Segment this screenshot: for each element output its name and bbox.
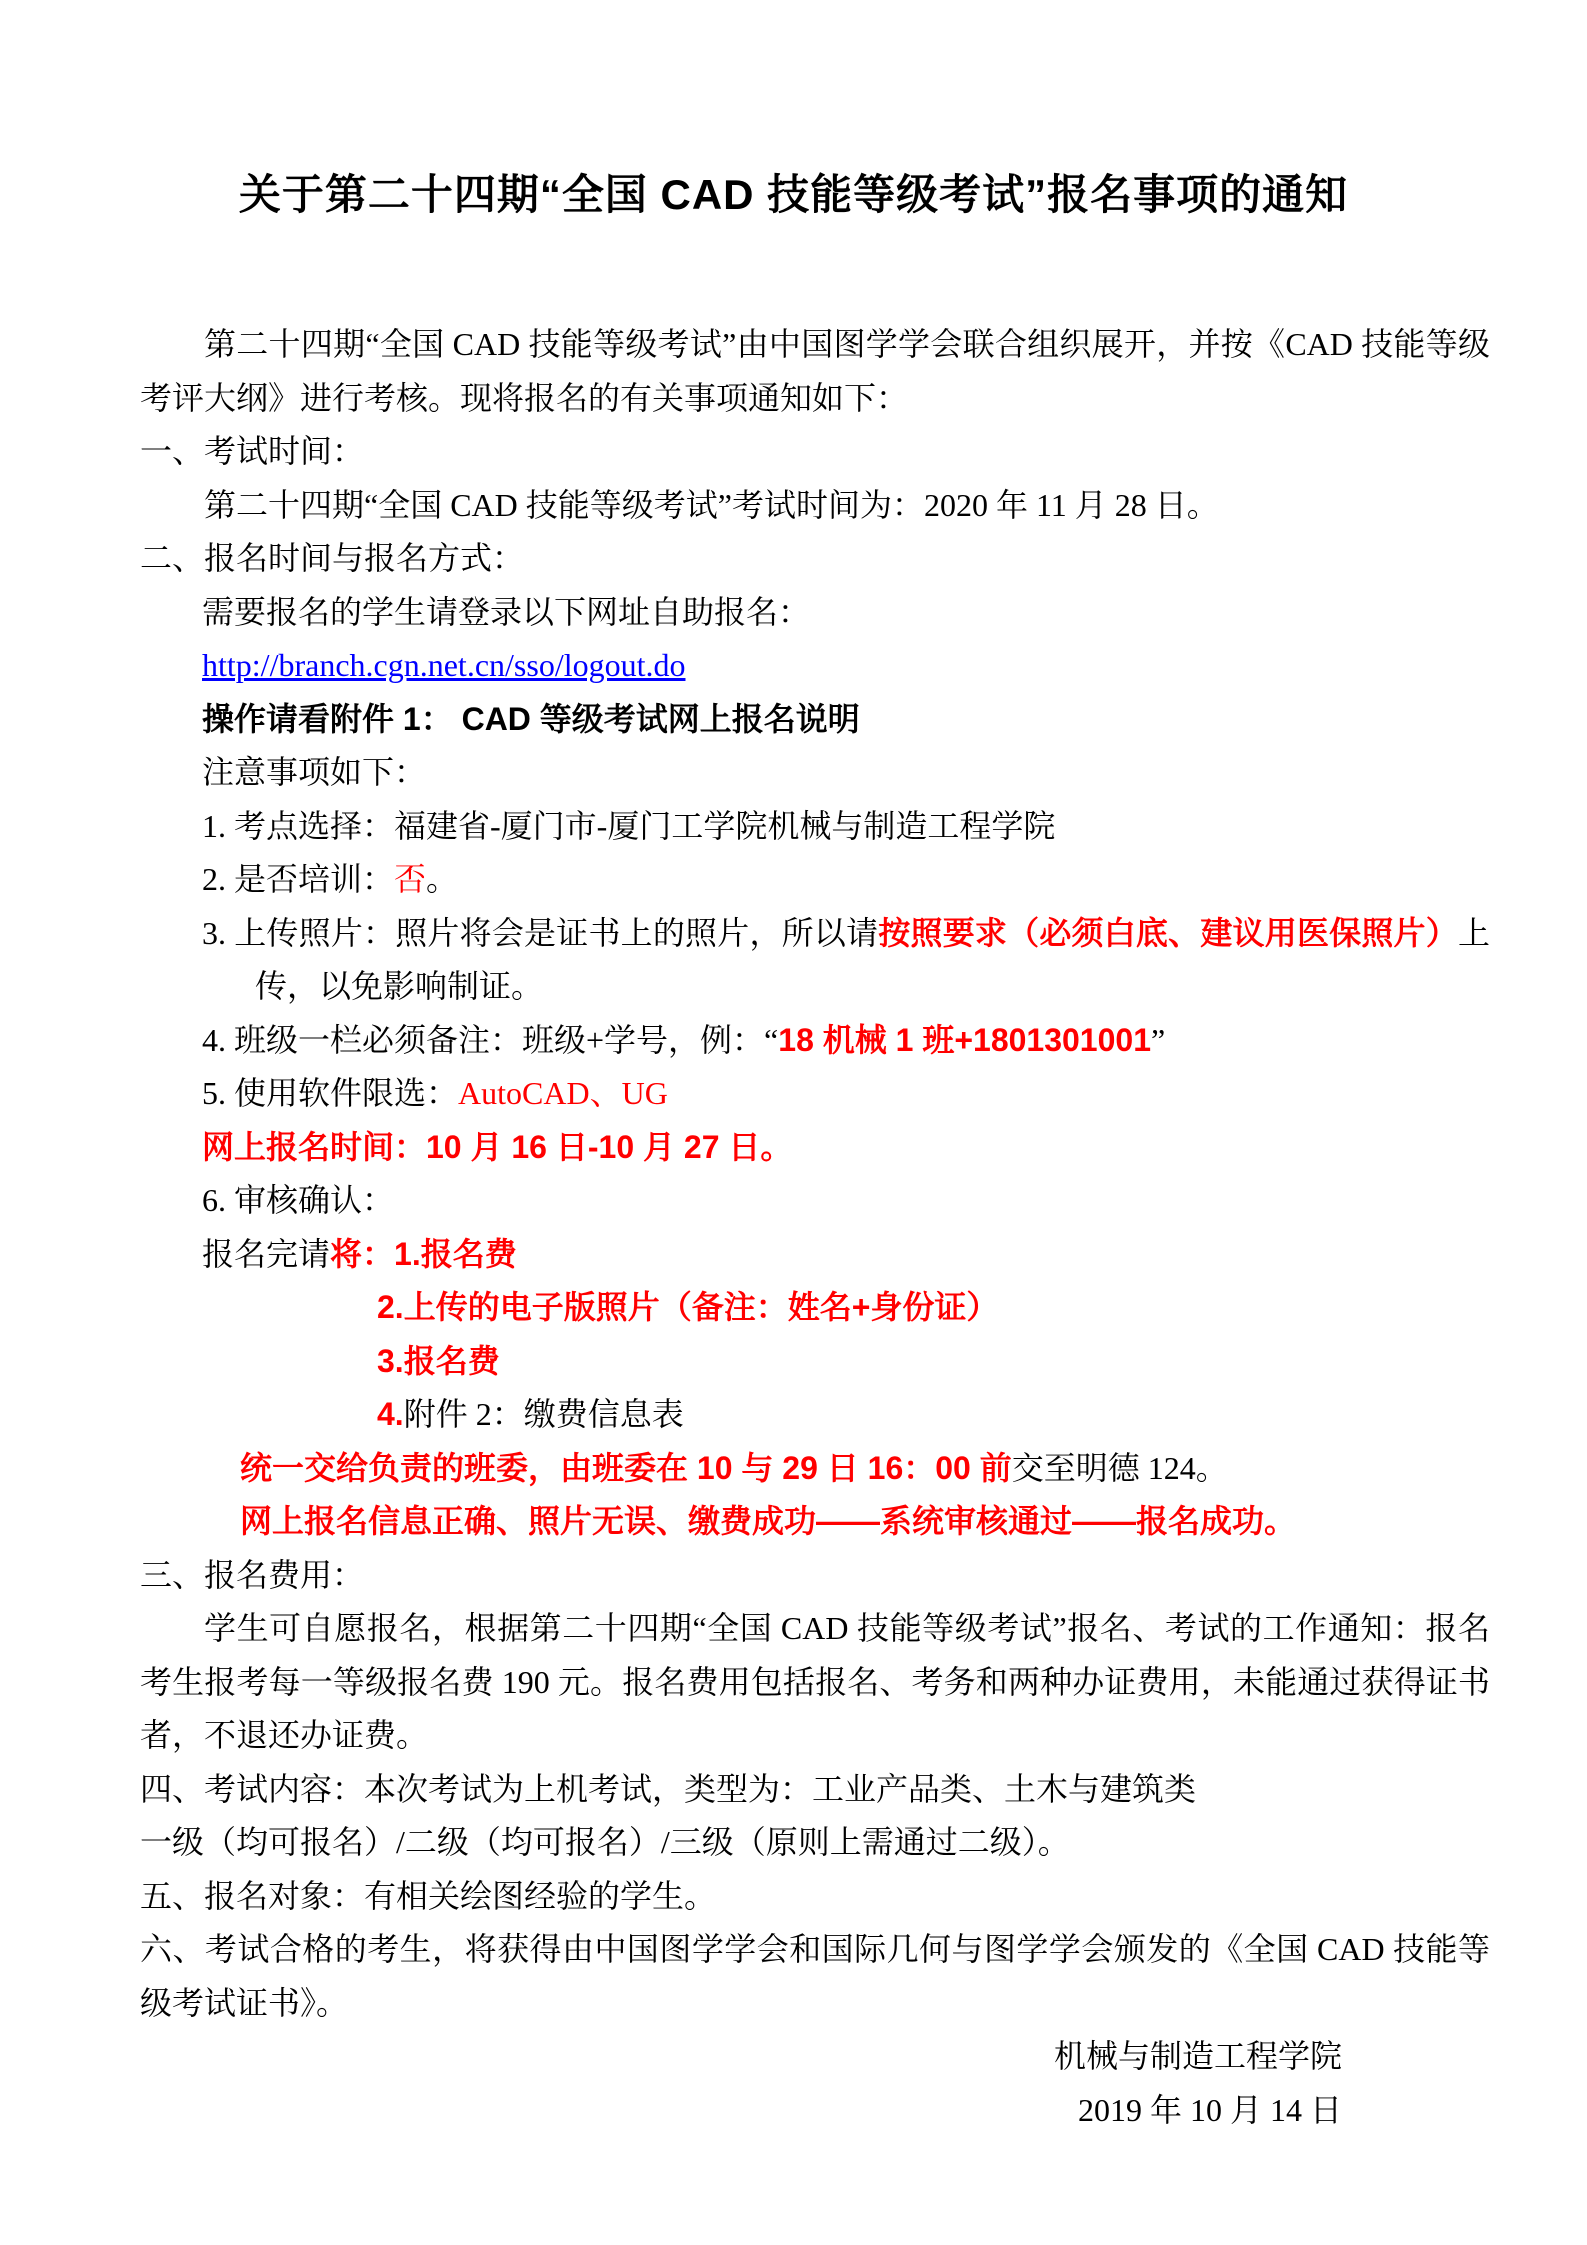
section-3-heading: 三、报名费用： (140, 1549, 1490, 1603)
submit-item-3: 3.报名费 (140, 1335, 1490, 1389)
signature-org: 机械与制造工程学院 (140, 2030, 1490, 2084)
text-run: 四、考试内容：本次考试为上机考试，类型为：工业产品类、土木与建筑类 (140, 1771, 1196, 1807)
section-1-heading: 一、考试时间： (140, 425, 1490, 479)
exam-time-paragraph: 第二十四期“全国 CAD 技能等级考试”考试时间为：2020 年 11 月 28… (140, 479, 1490, 533)
attachment-1-note: 操作请看附件 1： CAD 等级考试网上报名说明 (140, 693, 1490, 747)
text-run: 5. 使用软件限选： (202, 1075, 458, 1111)
text-run: 6. 审核确认： (202, 1182, 394, 1218)
text-run: 将：1.报名费 (330, 1236, 517, 1272)
note-2-training: 2. 是否培训：否。 (140, 853, 1490, 907)
submit-deadline: 统一交给负责的班委，由班委在 10 与 29 日 16：00 前交至明德 124… (140, 1442, 1490, 1496)
text-run: 需要报名的学生请登录以下网址自助报名： (202, 594, 810, 630)
text-run: 六、考试合格的考生，将获得由中国图学学会和国际几何与图学学会颁发的《全国 CAD… (140, 1931, 1490, 2021)
submit-list-intro: 报名完请将：1.报名费 (140, 1228, 1490, 1282)
text-run: 4. (377, 1396, 404, 1432)
registration-link-line: http://branch.cgn.net.cn/sso/logout.do (140, 639, 1490, 693)
section-2-heading: 二、报名时间与报名方式： (140, 532, 1490, 586)
text-run: 注意事项如下： (202, 754, 426, 790)
notes-heading: 注意事项如下： (140, 746, 1490, 800)
note-4-class: 4. 班级一栏必须备注：班级+学号，例：“18 机械 1 班+180130100… (140, 1014, 1490, 1068)
section-4-levels: 一级（均可报名）/二级（均可报名）/三级（原则上需通过二级）。 (140, 1816, 1490, 1870)
text-run: ” (1151, 1022, 1165, 1058)
text-run: 网上报名信息正确、照片无误、缴费成功——系统审核通过——报名成功。 (240, 1503, 1296, 1539)
text-run: 一、考试时间： (140, 433, 364, 469)
notice-document-page: 关于第二十四期“全国 CAD 技能等级考试”报名事项的通知 第二十四期“全国 C… (0, 0, 1587, 2245)
section-5-heading: 五、报名对象：有相关绘图经验的学生。 (140, 1870, 1490, 1924)
text-run: 网上报名时间：10 月 16 日-10 月 27 日。 (202, 1129, 792, 1165)
section-4-heading: 四、考试内容：本次考试为上机考试，类型为：工业产品类、土木与建筑类 (140, 1763, 1490, 1817)
note-5-software: 5. 使用软件限选：AutoCAD、UG (140, 1067, 1490, 1121)
text-run: 附件 2：缴费信息表 (404, 1396, 684, 1432)
submit-item-2: 2.上传的电子版照片（备注：姓名+身份证） (140, 1281, 1490, 1335)
text-run: 。 (426, 861, 458, 897)
text-run: 2.上传的电子版照片（备注：姓名+身份证） (377, 1289, 998, 1325)
text-run: 学生可自愿报名，根据第二十四期“全国 CAD 技能等级考试”报名、考试的工作通知… (140, 1610, 1490, 1753)
document-body: 第二十四期“全国 CAD 技能等级考试”由中国图学学会联合组织展开，并按《CAD… (0, 318, 1587, 2137)
page-title: 关于第二十四期“全国 CAD 技能等级考试”报名事项的通知 (100, 170, 1487, 220)
online-registration-period: 网上报名时间：10 月 16 日-10 月 27 日。 (140, 1121, 1490, 1175)
text-run: 第二十四期“全国 CAD 技能等级考试”由中国图学学会联合组织展开，并按《CAD… (140, 326, 1490, 416)
registration-link[interactable]: http://branch.cgn.net.cn/sso/logout.do (202, 647, 685, 683)
text-run: 3.报名费 (377, 1343, 500, 1379)
note-6-review: 6. 审核确认： (140, 1174, 1490, 1228)
text-run: 三、报名费用： (140, 1557, 364, 1593)
intro-paragraph: 第二十四期“全国 CAD 技能等级考试”由中国图学学会联合组织展开，并按《CAD… (140, 318, 1490, 425)
note-3-photo: 3. 上传照片：照片将会是证书上的照片，所以请按照要求（必须白底、建议用医保照片… (140, 907, 1490, 1014)
signature-date: 2019 年 10 月 14 日 (140, 2084, 1490, 2138)
text-run: 操作请看附件 1： CAD 等级考试网上报名说明 (202, 701, 860, 737)
text-run: 报名完请 (202, 1236, 330, 1272)
text-run: 一级（均可报名）/二级（均可报名）/三级（原则上需通过二级）。 (140, 1824, 1070, 1860)
submit-item-4: 4.附件 2：缴费信息表 (140, 1388, 1490, 1442)
text-run: 二、报名时间与报名方式： (140, 540, 524, 576)
self-register-note: 需要报名的学生请登录以下网址自助报名： (140, 586, 1490, 640)
text-run: 按照要求（必须白底、建议用医保照片） (878, 915, 1458, 951)
fee-paragraph: 学生可自愿报名，根据第二十四期“全国 CAD 技能等级考试”报名、考试的工作通知… (140, 1602, 1490, 1763)
text-run: 第二十四期“全国 CAD 技能等级考试”考试时间为：2020 年 11 月 28… (204, 487, 1219, 523)
section-6-heading: 六、考试合格的考生，将获得由中国图学学会和国际几何与图学学会颁发的《全国 CAD… (140, 1923, 1490, 2030)
text-run: 五、报名对象：有相关绘图经验的学生。 (140, 1878, 716, 1914)
text-run: 3. 上传照片：照片将会是证书上的照片，所以请 (202, 915, 878, 951)
review-flow: 网上报名信息正确、照片无误、缴费成功——系统审核通过——报名成功。 (140, 1495, 1490, 1549)
text-run: 2019 年 10 月 14 日 (1078, 2092, 1342, 2128)
document-lines: 第二十四期“全国 CAD 技能等级考试”由中国图学学会联合组织展开，并按《CAD… (140, 318, 1490, 2137)
text-run: 统一交给负责的班委，由班委在 10 与 29 日 16：00 前 (240, 1450, 1012, 1486)
text-run: 4. 班级一栏必须备注：班级+学号，例：“ (202, 1022, 778, 1058)
text-run: AutoCAD、UG (458, 1075, 668, 1111)
note-1-site: 1. 考点选择：福建省-厦门市-厦门工学院机械与制造工程学院 (140, 800, 1490, 854)
text-run: 机械与制造工程学院 (1054, 2038, 1342, 2074)
text-run: 18 机械 1 班+1801301001 (778, 1022, 1151, 1058)
text-run: 交至明德 124。 (1012, 1450, 1228, 1486)
text-run: 否 (394, 861, 426, 897)
text-run: 2. 是否培训： (202, 861, 394, 897)
text-run: 1. 考点选择：福建省-厦门市-厦门工学院机械与制造工程学院 (202, 808, 1055, 844)
